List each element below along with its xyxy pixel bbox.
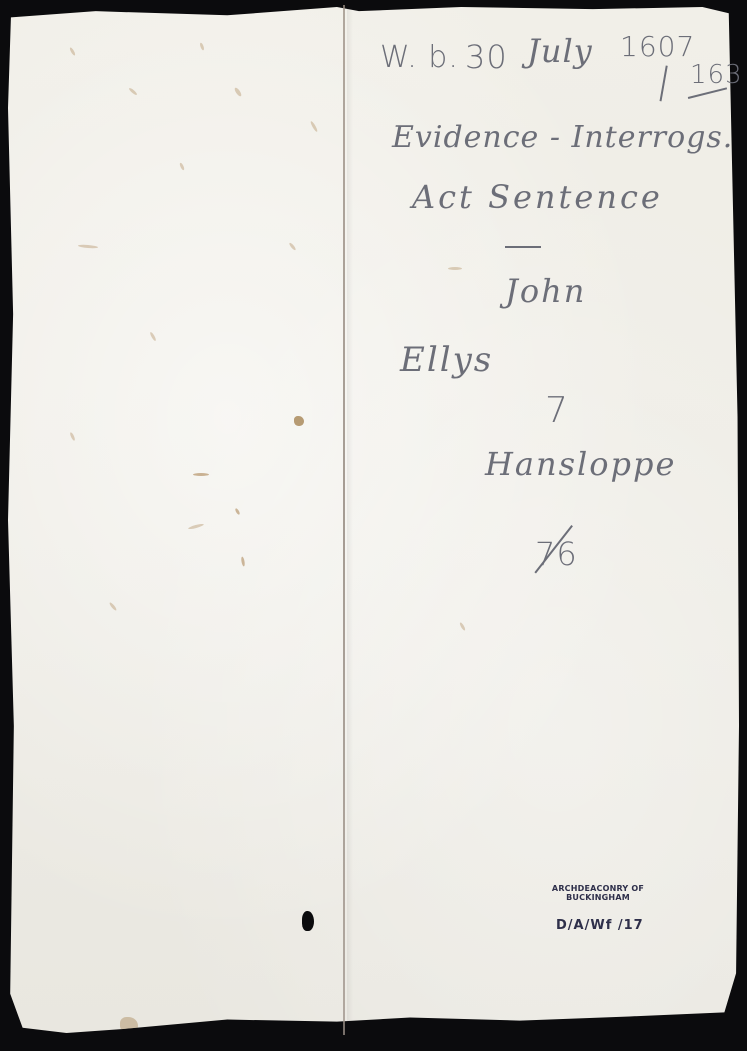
stamp-line-2: BUCKINGHAM bbox=[548, 893, 648, 902]
of-mark: 7 bbox=[545, 390, 569, 431]
forename: John bbox=[505, 272, 586, 310]
ink-blot bbox=[294, 416, 304, 426]
contents-line-2: Act Sentence bbox=[412, 178, 663, 216]
ink-bleed-mark bbox=[78, 244, 98, 249]
place-name: Hansloppe bbox=[485, 445, 676, 483]
ink-bleed-mark bbox=[310, 121, 319, 133]
ink-bleed-mark bbox=[241, 556, 246, 566]
ink-bleed-mark bbox=[109, 602, 118, 612]
endorsement-ref-year: 1607 bbox=[620, 30, 695, 63]
endorsement-ref-day: 30 bbox=[465, 38, 508, 76]
ink-bleed-mark bbox=[179, 162, 185, 171]
ink-bleed-mark bbox=[69, 432, 76, 441]
document-sheet bbox=[8, 5, 739, 1035]
ink-bleed-mark bbox=[234, 508, 240, 516]
ink-bleed-mark bbox=[199, 42, 205, 51]
center-fold-line bbox=[343, 5, 345, 1035]
separator-dash bbox=[505, 246, 541, 248]
ink-bleed-mark bbox=[128, 87, 138, 96]
folio-number: 163 bbox=[690, 60, 743, 90]
archive-reference: D/A/Wf /17 bbox=[556, 918, 644, 933]
ink-bleed-mark bbox=[448, 267, 462, 270]
endorsement-ref-prefix: W. b. bbox=[380, 40, 459, 75]
ink-bleed-mark bbox=[233, 87, 242, 97]
ink-bleed-mark bbox=[69, 47, 76, 56]
archive-stamp: ARCHDEACONRY OF BUCKINGHAM bbox=[548, 884, 648, 902]
paper-hole bbox=[302, 911, 314, 931]
endorsement-ref-month: July bbox=[527, 32, 593, 70]
ink-bleed-mark bbox=[288, 242, 296, 251]
surname: Ellys bbox=[400, 340, 493, 380]
stamp-line-1: ARCHDEACONRY OF bbox=[548, 884, 648, 893]
ink-bleed-mark bbox=[188, 523, 204, 530]
crossed-number: 76 bbox=[535, 535, 578, 573]
contents-line-1: Evidence - Interrogs. bbox=[392, 120, 733, 155]
edge-stain bbox=[120, 1017, 138, 1033]
ink-bleed-mark bbox=[149, 331, 157, 341]
fold-shadow bbox=[347, 5, 353, 1035]
ink-bleed-mark bbox=[459, 622, 466, 631]
ink-bleed-mark bbox=[193, 473, 209, 476]
